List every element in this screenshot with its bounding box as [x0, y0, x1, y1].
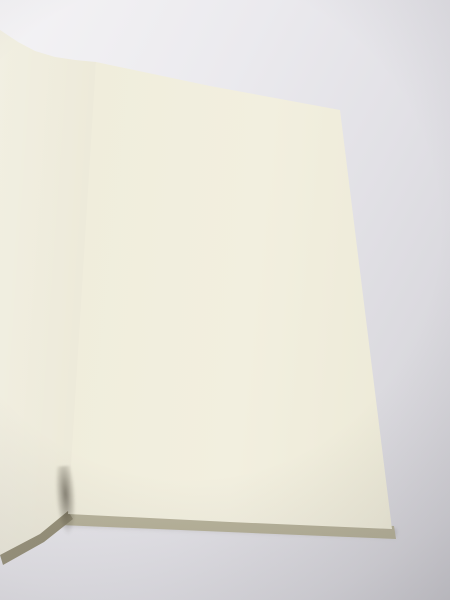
- book-photograph: [0, 0, 450, 600]
- right-page-body: [101, 147, 343, 152]
- right-page-text: [101, 140, 343, 152]
- page-number: [101, 140, 343, 145]
